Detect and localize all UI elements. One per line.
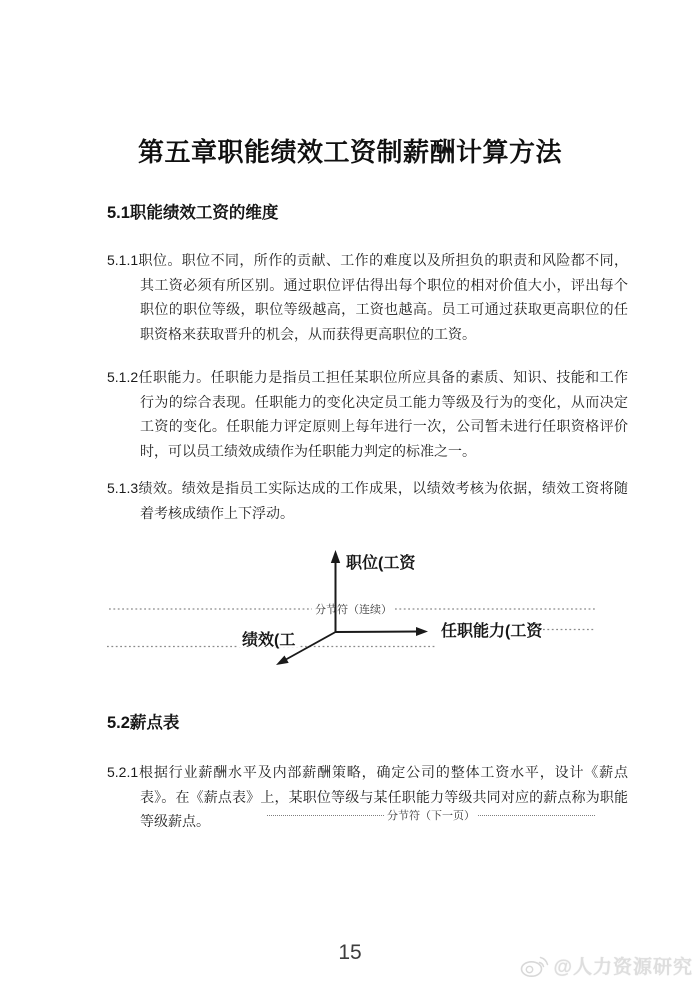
paragraph-5-1-1: 5.1.1职位。职位不同，所作的贡献、工作的难度以及所担负的职责和风险都不同，其…	[107, 248, 628, 346]
axes-diagram-svg: 分节符（连续） 职位(工资 任职能力(工资 绩效(工	[0, 543, 700, 703]
paragraph-5-1-2: 5.1.2任职能力。任职能力是指员工担任某职位所应具备的素质、知识、技能和工作行…	[107, 365, 628, 463]
vertical-axis-arrowhead	[331, 550, 340, 563]
document-page: 第五章职能绩效工资制薪酬计算方法 5.1职能绩效工资的维度 5.1.1职位。职位…	[0, 0, 700, 990]
diagonal-axis-label: 绩效(工	[242, 630, 295, 649]
dotted-line-right-segment	[478, 815, 595, 816]
three-axis-wage-diagram: 分节符（连续） 职位(工资 任职能力(工资 绩效(工	[0, 543, 700, 703]
paragraph-text: 任职能力。任职能力是指员工担任某职位所应具备的素质、知识、技能和工作行为的综合表…	[138, 369, 628, 459]
horizontal-axis-line	[336, 632, 420, 633]
weibo-icon	[519, 951, 549, 979]
section-break-continuous-label: 分节符（连续）	[315, 602, 392, 616]
vertical-axis-label: 职位(工资	[346, 553, 416, 572]
horizontal-axis-label: 任职能力(工资	[441, 621, 543, 640]
diagonal-axis-arrowhead	[276, 656, 289, 666]
paragraph-5-1-3: 5.1.3绩效。绩效是指员工实际达成的工作成果，以绩效考核为依据，绩效工资将随着…	[107, 476, 628, 525]
watermark-text: @人力资源研究	[553, 952, 693, 979]
dotted-line-left-segment	[267, 815, 384, 816]
paragraph-number: 5.2.1	[107, 764, 138, 780]
horizontal-axis-arrowhead	[416, 627, 428, 636]
section-heading-5-1: 5.1职能绩效工资的维度	[107, 199, 278, 223]
section-break-next-page-label: 分节符（下一页）	[384, 807, 478, 823]
paragraph-text: 职位。职位不同，所作的贡献、工作的难度以及所担负的职责和风险都不同，其工资必须有…	[138, 252, 628, 342]
paragraph-number: 5.1.2	[107, 369, 138, 385]
paragraph-text: 绩效。绩效是指员工实际达成的工作成果，以绩效考核为依据，绩效工资将随着考核成绩作…	[138, 480, 628, 521]
section-heading-5-2: 5.2薪点表	[107, 709, 179, 733]
watermark: @人力资源研究	[519, 951, 693, 979]
paragraph-number: 5.1.3	[107, 480, 138, 496]
paragraph-number: 5.1.1	[107, 252, 138, 268]
chapter-title: 第五章职能绩效工资制薪酬计算方法	[0, 132, 700, 169]
section-break-next-page: 分节符（下一页）	[267, 806, 595, 824]
